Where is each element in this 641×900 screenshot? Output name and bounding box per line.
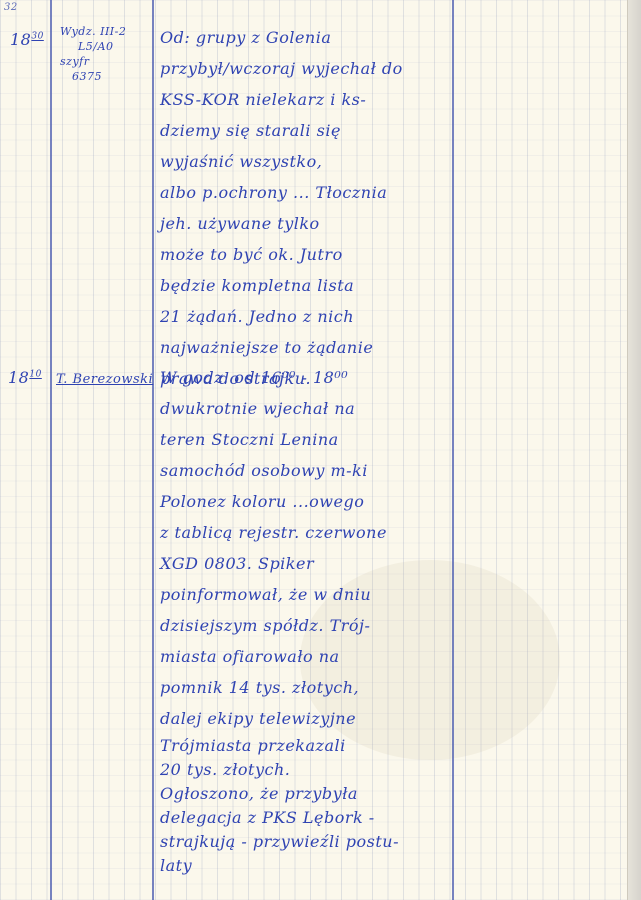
time-minutes: 10 xyxy=(29,370,41,380)
note-line: dzisiejszym spółdz. Trój- xyxy=(160,610,450,641)
note-line: KSS-KOR nielekarz i ks- xyxy=(160,84,450,115)
note-line: W godz. od 16⁰⁰ - 18⁰⁰ xyxy=(160,362,450,393)
note-line: dwukrotnie wjechał na xyxy=(160,393,450,424)
note-line: dziemy się starali się xyxy=(160,115,450,146)
note-line: wyjaśnić wszystko, xyxy=(160,146,450,177)
note-line: z tablicą rejestr. czerwone xyxy=(160,517,450,548)
note-line: Polonez koloru ...owego xyxy=(160,486,450,517)
column-rule-time xyxy=(50,0,52,900)
note-line: teren Stoczni Lenina xyxy=(160,424,450,455)
note-line: delegacja z PKS Lębork - xyxy=(160,806,450,830)
source-line: L5/A0 xyxy=(60,39,126,54)
note-line: miasta ofiarowało na xyxy=(160,641,450,672)
entry-time: 1810 xyxy=(8,368,42,387)
column-rule-source xyxy=(152,0,154,900)
source-line: Wydz. III-2 xyxy=(60,24,126,39)
time-hour: 18 xyxy=(8,368,29,387)
page-edge xyxy=(627,0,641,900)
note-line: pomnik 14 tys. złotych, xyxy=(160,672,450,703)
column-rule-notes xyxy=(452,0,454,900)
note-line: poinformował, że w dniu xyxy=(160,579,450,610)
note-line: 21 żądań. Jedno z nich xyxy=(160,301,450,332)
note-line: przybył/wczoraj wyjechał do xyxy=(160,53,450,84)
note-line: jeh. używane tylko xyxy=(160,208,450,239)
note-line: laty xyxy=(160,854,450,878)
entry-notes: Od: grupy z Golenia przybył/wczoraj wyje… xyxy=(160,22,450,394)
note-line: 20 tys. złotych. xyxy=(160,758,450,782)
note-line: najważniejsze to żądanie xyxy=(160,332,450,363)
source-line: szyfr xyxy=(60,54,126,69)
entry-time: 1830 xyxy=(10,30,44,49)
note-line: Od: grupy z Golenia xyxy=(160,22,450,53)
note-line: strajkują - przywieźli postu- xyxy=(160,830,450,854)
time-hour: 18 xyxy=(10,30,31,49)
page-number: 32 xyxy=(4,2,18,13)
source-line: T. Berezowski xyxy=(56,372,153,387)
note-line: Trójmiasta przekazali xyxy=(160,734,450,758)
note-line: XGD 0803. Spiker xyxy=(160,548,450,579)
ledger-page: 32 1830 Wydz. III-2 L5/A0 szyfr 6375 Od:… xyxy=(0,0,628,900)
entry-source: Wydz. III-2 L5/A0 szyfr 6375 xyxy=(60,24,126,84)
note-line: dalej ekipy telewizyjne xyxy=(160,703,450,734)
note-line: będzie kompletna lista xyxy=(160,270,450,301)
source-line: 6375 xyxy=(60,69,126,84)
note-line: albo p.ochrony ... Tłocznia xyxy=(160,177,450,208)
note-line: może to być ok. Jutro xyxy=(160,239,450,270)
note-line: samochód osobowy m-ki xyxy=(160,455,450,486)
note-line: Ogłoszono, że przybyła xyxy=(160,782,450,806)
entry-source: T. Berezowski xyxy=(56,372,153,387)
entry-notes: W godz. od 16⁰⁰ - 18⁰⁰ dwukrotnie wjecha… xyxy=(160,362,450,878)
time-minutes: 30 xyxy=(31,32,43,42)
